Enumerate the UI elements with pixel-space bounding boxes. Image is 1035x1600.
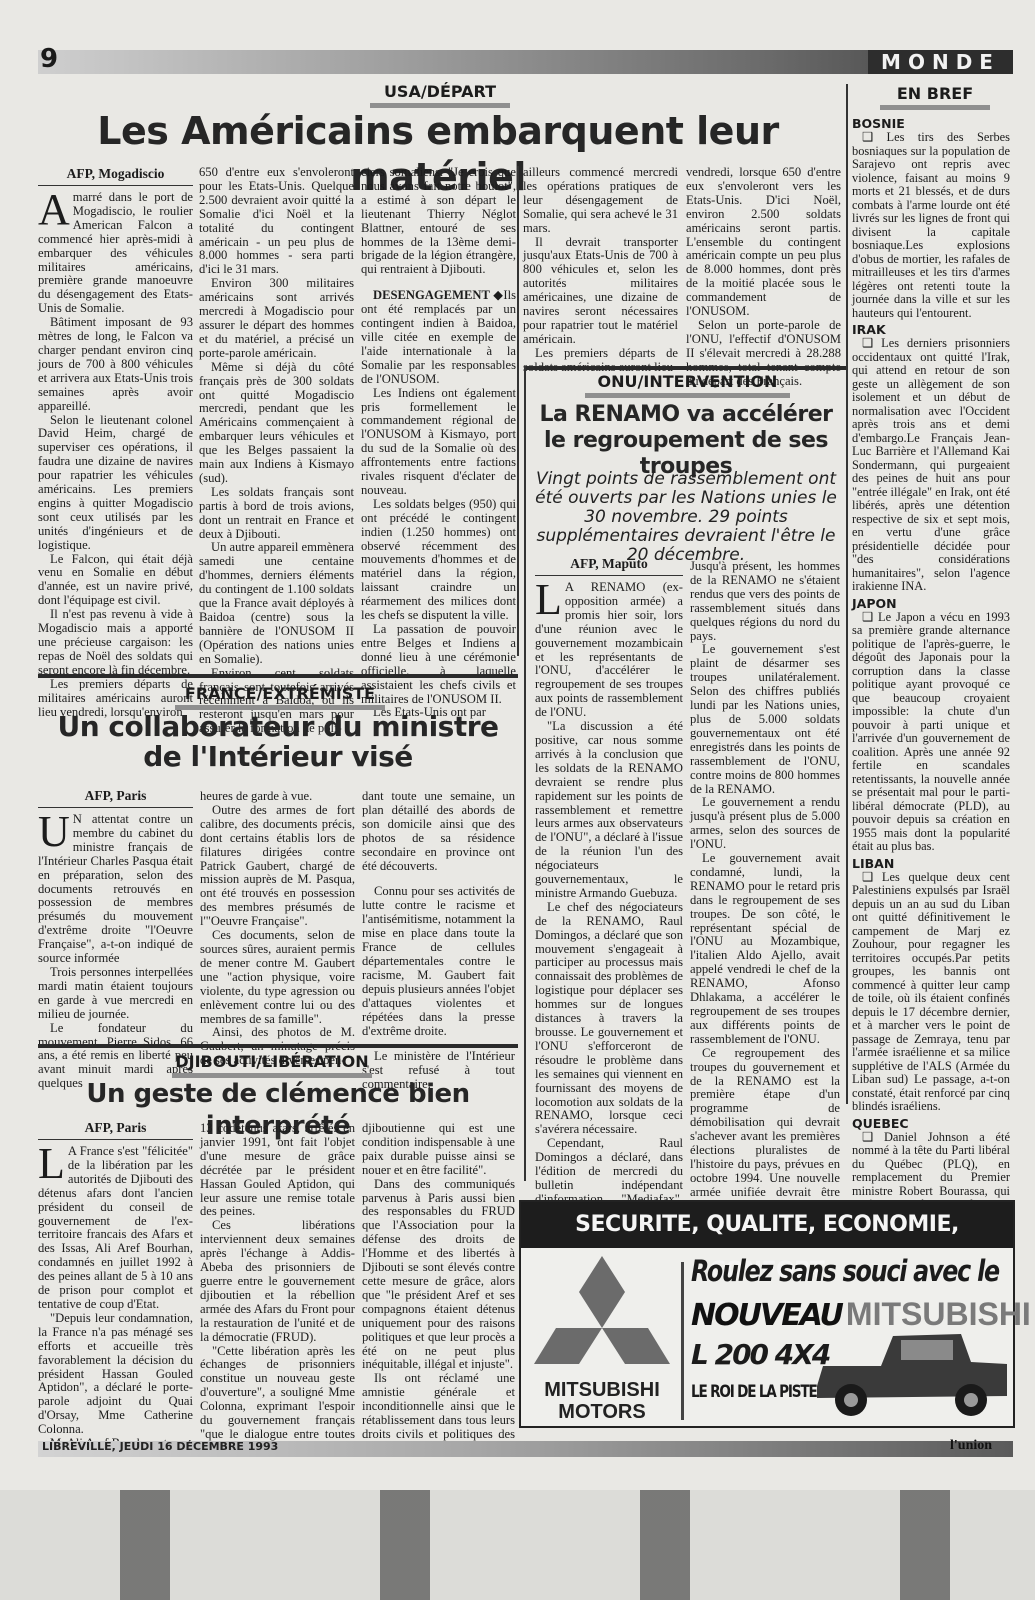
brief-text: Les tirs des Serbes bosniaques sur la po…	[852, 130, 1010, 320]
brief-country: IRAK	[852, 322, 1010, 337]
djibouti-kicker: DJIBOUTI/LIBÉRATION	[172, 1052, 372, 1071]
paragraph: Dans des communiqués parvenus à Paris au…	[362, 1178, 515, 1373]
france-headline: Un collaborateur du ministre de l'Intéri…	[38, 712, 518, 772]
paragraph: Outre des armes de fort calibre, des doc…	[200, 804, 355, 929]
france-kicker-block: FRANCE/EXTRÉMISTE	[175, 684, 385, 710]
paragraph: Un autre appareil emmènera samedi une ce…	[199, 541, 354, 666]
usa-dateline: AFP, Mogadiscio	[38, 166, 193, 186]
paragraph: Connu pour ses activités de lutte contre…	[362, 885, 515, 1038]
brief-country: JAPON	[852, 596, 1010, 611]
onu-kicker-block: ONU/INTERVENTION	[585, 372, 790, 398]
checkbox-bullet-icon: ❑	[862, 336, 881, 350]
column-divider	[517, 166, 519, 656]
djibouti-dateline: AFP, Paris	[38, 1120, 193, 1140]
brief-item-bosnie: BOSNIE ❑ Les tirs des Serbes bosniaques …	[852, 116, 1010, 320]
checkbox-bullet-icon: ❑	[862, 610, 878, 624]
section-title: MONDE	[868, 50, 1013, 74]
paragraph: Il devrait transporter jusqu'aux Etats-U…	[523, 236, 678, 347]
page-number: 9	[40, 44, 58, 74]
usa-kicker-block: USA/DÉPART	[370, 82, 510, 108]
brief-item-japon: JAPON ❑ Le Japon a vécu en 1993 sa premi…	[852, 596, 1010, 854]
checkbox-bullet-icon: ❑	[862, 1130, 884, 1144]
mitsubishi-advertisement: SECURITE, QUALITE, ECONOMIE, CONFORT MIT…	[519, 1200, 1015, 1428]
france-kicker: FRANCE/EXTRÉMISTE	[175, 684, 385, 703]
subhead: DESENGAGEMENT ◆	[373, 288, 503, 302]
usa-column-1: AFP, Mogadiscio Amarré dans le port de M…	[38, 166, 193, 719]
headline-line: de l'Intérieur visé	[38, 742, 518, 772]
onu-left-rule	[524, 366, 526, 1181]
ad-slogan: Roulez sans souci avec le	[691, 1254, 952, 1288]
paragraph: Le chef des négociateurs de la RENAMO, R…	[535, 901, 683, 1137]
sidebar-divider	[846, 84, 848, 1104]
paragraph: Le Falcon, qui était déjà venu en Somali…	[38, 553, 193, 609]
drop-cap: A	[38, 192, 70, 228]
ad-banner: SECURITE, QUALITE, ECONOMIE, CONFORT	[521, 1202, 1013, 1248]
paragraph: vendredi, lorsque 650 d'entre eux s'envo…	[686, 166, 841, 319]
onu-column-2: Jusqu'à présent, les hommes de la RENAMO…	[690, 560, 840, 1311]
en-bref-list: BOSNIE ❑ Les tirs des Serbes bosniaques …	[852, 114, 1010, 1374]
djibouti-column-3: djiboutienne qui est une condition indis…	[362, 1122, 515, 1456]
usa-kicker: USA/DÉPART	[370, 82, 510, 101]
paragraph: Ces documents, selon de sources sûres, a…	[200, 929, 355, 1026]
scan-artifact-strip	[0, 1490, 1035, 1600]
drop-cap: L	[38, 1146, 65, 1182]
usa-column-4: ailleurs commencé mercredi les opération…	[523, 166, 678, 375]
usa-column-3: ciers somaliens. "Je crois que nous avon…	[361, 166, 516, 720]
paragraph: ciers somaliens. "Je crois que nous avon…	[361, 166, 516, 277]
en-bref-title: EN BREF	[880, 84, 990, 103]
paragraph: heures de garde à vue.	[200, 790, 355, 804]
paragraph: Les soldats belges (950) qui ont précédé…	[361, 498, 516, 623]
header-bar	[38, 50, 1013, 74]
brief-text: Les quelque deux cent Palestiniens expul…	[852, 870, 1010, 1114]
paragraph: Ils ont été remplacés par un contingent …	[361, 288, 516, 385]
paragraph: djiboutienne qui est une condition indis…	[362, 1122, 515, 1178]
kicker-underline	[880, 105, 990, 110]
djibouti-kicker-block: DJIBOUTI/LIBÉRATION	[172, 1052, 372, 1078]
mitsubishi-logo: MITSUBISHI MOTORS	[527, 1254, 677, 1424]
kicker-underline	[585, 393, 790, 398]
onu-dateline: AFP, Maputo	[535, 556, 683, 576]
paragraph: 650 d'entre eux s'envoleront pour les Et…	[199, 166, 354, 277]
onu-column-1: AFP, Maputo LA RENAMO (ex-opposition arm…	[535, 556, 683, 1304]
paragraph: Le gouvernement a rendu jusqu'à présent …	[690, 796, 840, 852]
paragraph: Bâtiment imposant de 93 mètres de long, …	[38, 316, 193, 413]
three-diamonds-icon	[527, 1254, 677, 1374]
onu-top-rule	[526, 366, 846, 370]
headline-line: Un collaborateur du ministre	[38, 712, 518, 742]
paragraph: Environ 300 militaires américains sont a…	[199, 277, 354, 360]
djibouti-column-2: 13 codétenus afars, arrêtés en janvier 1…	[200, 1122, 355, 1456]
paragraph: 13 codétenus afars, arrêtés en janvier 1…	[200, 1122, 355, 1219]
paragraph: Le gouvernement s'est plaint de désarmer…	[690, 643, 840, 796]
onu-kicker: ONU/INTERVENTION	[585, 372, 790, 391]
paragraph: Les soldats français sont partis à bord …	[199, 486, 354, 542]
france-dateline: AFP, Paris	[38, 788, 193, 808]
paragraph: Ce regroupement des troupes du gouvernem…	[690, 1047, 840, 1214]
paragraph: Il n'est pas revenu à vide à Mogadiscio …	[38, 608, 193, 678]
paragraph: Les Indiens ont également pris formellem…	[361, 387, 516, 498]
onu-deck: Vingt points de rassemblement ont été ou…	[526, 470, 846, 565]
brand-line-1: MITSUBISHI	[527, 1379, 677, 1401]
brief-item-irak: IRAK ❑ Les derniers prisonniers occident…	[852, 322, 1010, 594]
paragraph: ailleurs commencé mercredi les opération…	[523, 166, 678, 236]
ad-tagline: LE ROI DE LA PISTE...	[691, 1382, 828, 1402]
paragraph: Ces libérations interviennent deux semai…	[200, 1219, 355, 1344]
ad-model: L 200 4X4	[691, 1338, 829, 1371]
pickup-truck-icon	[811, 1326, 1011, 1422]
brief-item-liban: LIBAN ❑ Les quelque deux cent Palestinie…	[852, 856, 1010, 1114]
paragraph: Même si déjà du côté français près de 30…	[199, 361, 354, 486]
paragraph: Les premiers départs de soldats américai…	[523, 347, 678, 375]
newspaper-logo: l'union	[950, 1438, 992, 1454]
paragraph: "La discussion a été positive, car nous …	[535, 720, 683, 901]
brief-text: Le Japon a vécu en 1993 sa première gran…	[852, 610, 1010, 854]
brief-country: BOSNIE	[852, 116, 1010, 131]
djibouti-top-rule	[38, 1044, 518, 1048]
france-top-rule	[38, 674, 518, 678]
usa-column-5: vendredi, lorsque 650 d'entre eux s'envo…	[686, 166, 841, 389]
paragraph: Trois personnes interpellées mardi matin…	[38, 966, 193, 1022]
checkbox-bullet-icon: ❑	[862, 870, 882, 884]
footer-date: LIBREVILLE, JEUDI 16 DÉCEMBRE 1993	[42, 1440, 278, 1453]
paragraph: Le gouvernement avait condamné, lundi, l…	[690, 852, 840, 1047]
djibouti-column-1: AFP, Paris LA France s'est "félicitée" d…	[38, 1120, 193, 1451]
brief-country: LIBAN	[852, 856, 1010, 871]
drop-cap: U	[38, 814, 70, 850]
brand-line-2: MOTORS	[527, 1401, 677, 1423]
en-bref-header: EN BREF	[880, 84, 990, 110]
brief-text: Les derniers prisonniers occidentaux ont…	[852, 336, 1010, 593]
france-column-2: heures de garde à vue. Outre des armes d…	[200, 790, 355, 1068]
checkbox-bullet-icon: ❑	[862, 130, 887, 144]
brief-country: QUEBEC	[852, 1116, 1010, 1131]
ad-divider	[681, 1262, 684, 1420]
paragraph: "Depuis leur condamnation, la France n'a…	[38, 1312, 193, 1437]
paragraph: dant toute une semaine, un plan détaillé…	[362, 790, 515, 873]
usa-column-2: 650 d'entre eux s'envoleront pour les Et…	[199, 166, 354, 736]
paragraph: Selon le lieutenant colonel David Heim, …	[38, 414, 193, 553]
paragraph: Jusqu'à présent, les hommes de la RENAMO…	[690, 560, 840, 643]
drop-cap: L	[535, 582, 562, 618]
